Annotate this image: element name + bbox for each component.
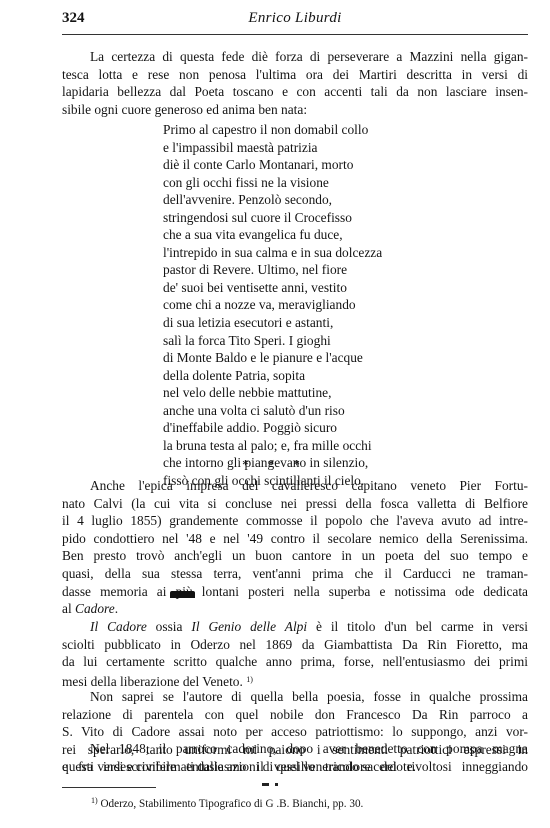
paragraph-calvi: Anche l'epica impresa del cavalleresco c… <box>62 477 528 618</box>
text-line: S. Vito di Cadore assai noto per acceso … <box>62 723 528 741</box>
text-line: dasse memoria ai più lontani posteri nel… <box>62 583 528 601</box>
paragraph-il-cadore: Il Cadore ossia Il Genio delle Alpi è il… <box>62 618 528 688</box>
footnote: 1) Oderzo, Stabilimento Tipografico di G… <box>91 794 521 811</box>
italic-title: Il Genio delle Alpi <box>191 619 307 634</box>
running-head-author: Enrico Liburdi <box>62 10 528 27</box>
poem-line: della dolente Patria, sopita <box>163 367 463 385</box>
footnote-reference[interactable]: 1) <box>246 675 253 684</box>
text-line: mesi della liberazione del Veneto. 1) <box>62 671 528 689</box>
printer-mark <box>262 783 292 789</box>
poem-line: de' suoi bei ventisette anni, vestito <box>163 279 463 297</box>
poem-line: di Monte Baldo e le pianure e l'acque <box>163 349 463 367</box>
ink-blot-artifact <box>170 591 195 598</box>
footnote-marker: 1) <box>91 796 98 805</box>
poem-line: di sua letizia esecutori e astanti, <box>163 314 463 332</box>
footnote-rule <box>62 787 156 788</box>
poem-line: nel velo delle nebbie mattutine, <box>163 384 463 402</box>
text-line: al Cadore. <box>62 600 528 618</box>
text-line: tesca lotta e rese non penosa l'ultima o… <box>62 66 528 84</box>
text-fragment: . <box>115 601 118 616</box>
poem-line: diè il conte Carlo Montanari, morto <box>163 156 463 174</box>
text-line: lapidaria bellezza dal Poeta toscano e c… <box>62 83 528 101</box>
text-line: il 4 luglio 1855) grandemente commosse i… <box>62 512 528 530</box>
page-header: 324 Enrico Liburdi <box>62 10 528 32</box>
text-line: pido condottiero nel '48 e nel '49 contr… <box>62 530 528 548</box>
header-rule <box>62 34 528 35</box>
text-fragment: ossia <box>147 619 192 634</box>
footnote-text: Oderzo, Stabilimento Tipografico di G .B… <box>98 798 364 810</box>
poem-line: e l'impassibil maestà patrizia <box>163 139 463 157</box>
section-separator-asterisks: * * * <box>0 458 550 471</box>
text-line: sciolti pubblicato in Oderzo nel 1869 da… <box>62 636 528 654</box>
paragraph-intro: La certezza di questa fede diè forza di … <box>62 48 528 118</box>
text-line: La certezza di questa fede diè forza di … <box>62 48 528 66</box>
text-line: Non saprei se l'autore di quella bella p… <box>62 688 528 706</box>
text-line: e fra indescrivibile entusiasmo il vessi… <box>62 758 528 776</box>
text-fragment: mesi della liberazione del Veneto. <box>62 674 243 689</box>
poem-line: dell'avvenire. Penzolò secondo, <box>163 191 463 209</box>
poem-quotation: Primo al capestro il non domabil collo e… <box>163 121 463 489</box>
poem-line: l'intrepido in sua calma e in sua dolcez… <box>163 244 463 262</box>
text-line: Anche l'epica impresa del cavalleresco c… <box>62 477 528 495</box>
poem-line: stringendosi sul cuore il Crocefisso <box>163 209 463 227</box>
poem-line: come chi a nozze va, meravigliando <box>163 296 463 314</box>
italic-title: Il Cadore <box>90 619 147 634</box>
text-line: da lui certamente scritto qualche anno p… <box>62 653 528 671</box>
paragraph-1848: Nel 1848, il parroco cadorino, dopo aver… <box>62 740 528 775</box>
text-line: Nel 1848, il parroco cadorino, dopo aver… <box>62 740 528 758</box>
poem-line: d'ineffabile addio. Poggiò sicuro <box>163 419 463 437</box>
poem-line: che a sua vita evangelica fu duce, <box>163 226 463 244</box>
text-fragment: al <box>62 601 75 616</box>
italic-title-cadore: Cadore <box>75 601 115 616</box>
text-line: Ben presto trovò anch'egli un buon canto… <box>62 547 528 565</box>
poem-line: la bruna testa al palo; e, fra mille occ… <box>163 437 463 455</box>
text-line: Il Cadore ossia Il Genio delle Alpi è il… <box>62 618 528 636</box>
text-line: relazione di parentela con quel nobile d… <box>62 706 528 724</box>
text-line: sibile ogni cuore generoso ed anima ben … <box>62 101 528 119</box>
text-fragment: è il titolo d'un bel carme in versi <box>307 619 528 634</box>
poem-line: con gli occhi fissi ne la visione <box>163 174 463 192</box>
poem-line: Primo al capestro il non domabil collo <box>163 121 463 139</box>
poem-line: anche una volta ci salutò d'un riso <box>163 402 463 420</box>
book-page: 324 Enrico Liburdi La certezza di questa… <box>0 0 550 828</box>
poem-line: salì la forca Tito Speri. I gioghi <box>163 332 463 350</box>
poem-line: pastor di Revere. Ultimo, nel fiore <box>163 261 463 279</box>
text-line: quasi, della sua stessa terra, vent'anni… <box>62 565 528 583</box>
text-line: nato Calvi (la cui vita si concluse nei … <box>62 495 528 513</box>
